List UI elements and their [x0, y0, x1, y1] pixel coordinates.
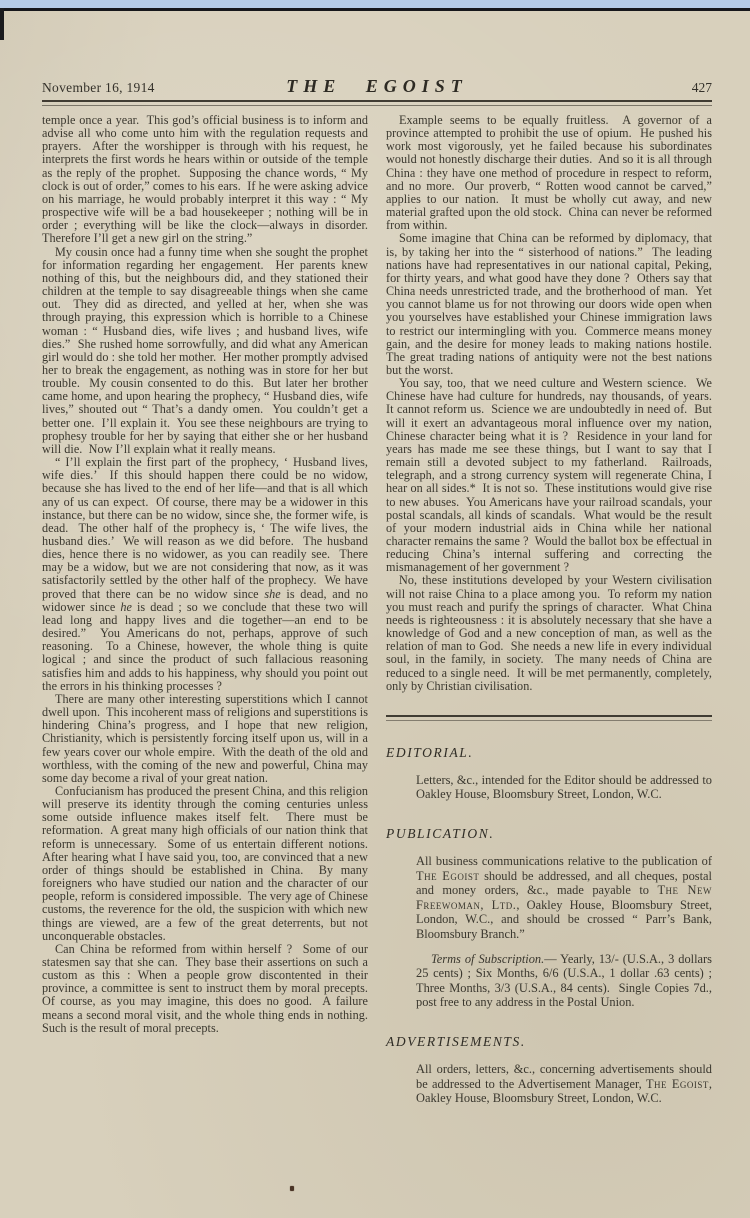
- scanner-background-strip: [0, 0, 750, 8]
- text-segment: The Egoist: [416, 869, 479, 883]
- paragraph: All business communications relative to …: [416, 854, 712, 942]
- text-segment: Can China be reformed from within hersel…: [42, 942, 374, 1035]
- text-segment: The Egoist: [646, 1077, 709, 1091]
- text-segment: “ I’ll explain the first part of the pro…: [42, 455, 371, 601]
- paragraph: My cousin once had a funny time when she…: [42, 246, 368, 457]
- text-segment: is dead ; so we conclude that these two …: [42, 600, 371, 693]
- paragraph: Confucianism has produced the present Ch…: [42, 785, 368, 943]
- masthead-title: THE EGOIST: [210, 76, 544, 97]
- page-left-edge-artifact: [0, 8, 4, 40]
- section-heading: EDITORIAL.: [386, 745, 712, 761]
- paragraph: Example seems to be equally fruitless. A…: [386, 114, 712, 232]
- column-right: Example seems to be equally fruitless. A…: [386, 114, 712, 1116]
- article-left-text: temple once a year. This god’s official …: [42, 114, 368, 1035]
- column-left: temple once a year. This god’s official …: [42, 114, 368, 1116]
- paragraph: There are many other interesting superst…: [42, 693, 368, 785]
- editorial-block: EDITORIAL.Letters, &c., intended for the…: [386, 745, 712, 1106]
- page-top-edge: [0, 8, 750, 11]
- paragraph: You say, too, that we need culture and W…: [386, 377, 712, 574]
- text-segment: No, these institutions developed by your…: [386, 573, 715, 692]
- text-columns: temple once a year. This god’s official …: [42, 114, 712, 1116]
- page-content: November 16, 1914 THE EGOIST 427 temple …: [42, 76, 712, 1116]
- section-heading: ADVERTISEMENTS.: [386, 1034, 712, 1050]
- text-segment: You say, too, that we need culture and W…: [386, 376, 718, 574]
- text-segment: Terms of Subscription.: [431, 952, 544, 966]
- text-segment: he: [120, 600, 132, 614]
- paragraph: Letters, &c., intended for the Editor sh…: [416, 773, 712, 802]
- article-right-text: Example seems to be equally fruitless. A…: [386, 114, 712, 693]
- print-artifact-dot: [290, 1186, 294, 1191]
- text-segment: There are many other interesting superst…: [42, 692, 371, 785]
- paragraph: No, these institutions developed by your…: [386, 574, 712, 692]
- text-segment: she: [264, 587, 280, 601]
- text-segment: Confucianism has produced the present Ch…: [42, 784, 374, 943]
- paragraph: All orders, letters, &c., concerning adv…: [416, 1062, 712, 1106]
- text-segment: All business communications relative to …: [416, 854, 715, 868]
- magazine-page: November 16, 1914 THE EGOIST 427 temple …: [0, 0, 750, 1218]
- paragraph: Terms of Subscription.— Yearly, 13/- (U.…: [416, 952, 712, 1010]
- text-segment: Some imagine that China can be reformed …: [386, 231, 718, 377]
- section-heading: PUBLICATION.: [386, 826, 712, 842]
- paragraph: Can China be reformed from within hersel…: [42, 943, 368, 1035]
- paragraph: Some imagine that China can be reformed …: [386, 232, 712, 377]
- header-rule: [42, 100, 712, 106]
- section-divider-rule: [386, 715, 712, 721]
- text-segment: temple once a year. This god’s official …: [42, 113, 374, 245]
- text-segment: Letters, &c., intended for the Editor sh…: [416, 773, 715, 802]
- page-header: November 16, 1914 THE EGOIST 427: [42, 76, 712, 97]
- paragraph: temple once a year. This god’s official …: [42, 114, 368, 246]
- page-number: 427: [544, 80, 712, 96]
- paragraph: “ I’ll explain the first part of the pro…: [42, 456, 368, 693]
- text-segment: Example seems to be equally fruitless. A…: [386, 113, 715, 232]
- issue-date: November 16, 1914: [42, 80, 210, 96]
- text-segment: My cousin once had a funny time when she…: [42, 245, 371, 456]
